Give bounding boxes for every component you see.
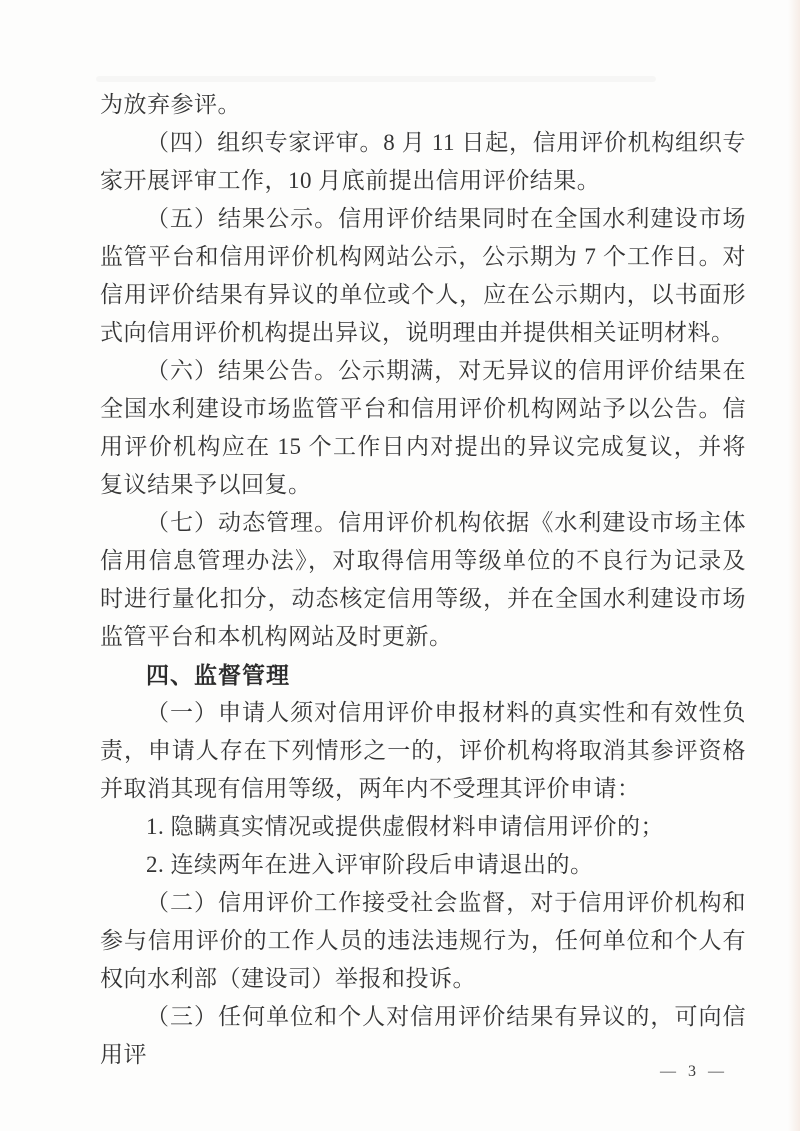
scan-artifact-streak bbox=[96, 76, 656, 82]
paragraph: （五）结果公示。信用评价结果同时在全国水利建设市场监管平台和信用评价机构网站公示… bbox=[100, 200, 746, 352]
paragraph: （七）动态管理。信用评价机构依据《水利建设市场主体信用信息管理办法》，对取得信用… bbox=[100, 504, 746, 656]
paragraph: （二）信用评价工作接受社会监督，对于信用评价机构和参与信用评价的工作人员的违法违… bbox=[100, 884, 746, 998]
paragraph: （三）任何单位和个人对信用评价结果有异议的，可向信用评 bbox=[100, 998, 746, 1074]
scan-artifact-edge bbox=[788, 0, 800, 1131]
paragraph: （四）组织专家评审。8 月 11 日起，信用评价机构组织专家开展评审工作，10 … bbox=[100, 124, 746, 200]
paragraph: 为放弃参评。 bbox=[100, 86, 746, 124]
paragraph: （一）申请人须对信用评价申报材料的真实性和有效性负责，申请人存在下列情形之一的，… bbox=[100, 694, 746, 808]
page-number: — 3 — bbox=[660, 1063, 728, 1081]
document-page: 为放弃参评。 （四）组织专家评审。8 月 11 日起，信用评价机构组织专家开展评… bbox=[0, 0, 800, 1131]
paragraph: （六）结果公告。公示期满，对无异议的信用评价结果在全国水利建设市场监管平台和信用… bbox=[100, 352, 746, 504]
paragraph: 2. 连续两年在进入评审阶段后申请退出的。 bbox=[100, 846, 746, 884]
document-body: 为放弃参评。 （四）组织专家评审。8 月 11 日起，信用评价机构组织专家开展评… bbox=[100, 86, 746, 1074]
section-heading: 四、监督管理 bbox=[100, 656, 746, 694]
paragraph: 1. 隐瞒真实情况或提供虚假材料申请信用评价的； bbox=[100, 808, 746, 846]
